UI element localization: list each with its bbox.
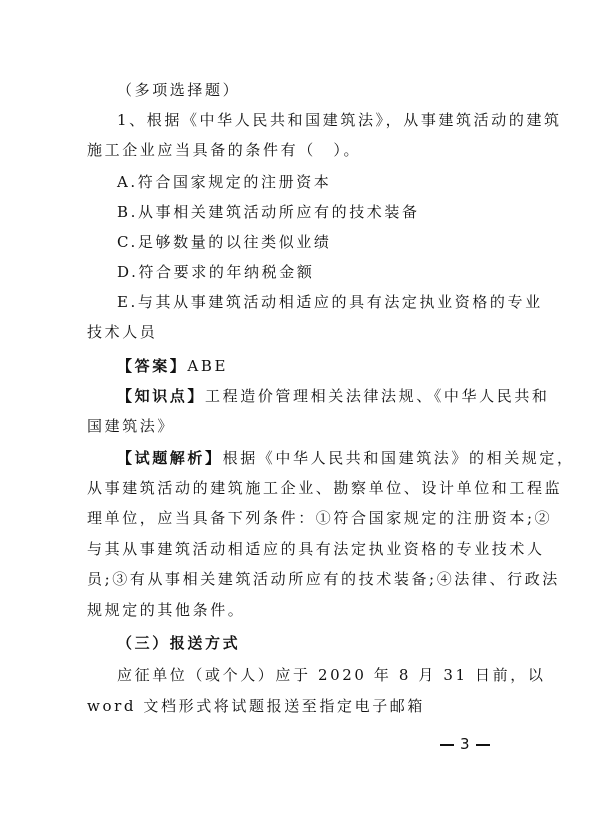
analysis-line2: 从事建筑活动的建筑施工企业、勘察单位、设计单位和工程监 <box>87 478 507 498</box>
analysis-line6: 规规定的其他条件。 <box>87 600 507 620</box>
option-c: C.足够数量的以往类似业绩 <box>117 232 537 252</box>
option-e-line2: 技术人员 <box>87 322 507 342</box>
analysis-line1: 【试题解析】根据《中华人民共和国建筑法》的相关规定， <box>117 448 537 468</box>
option-a: A.符合国家规定的注册资本 <box>117 172 537 192</box>
knowledge-point-line2: 国建筑法》 <box>87 416 507 436</box>
knowledge-point-line1: 【知识点】工程造价管理相关法律法规、《中华人民共和 <box>117 386 537 406</box>
analysis-line3: 理单位，应当具备下列条件：①符合国家规定的注册资本;② <box>87 508 507 528</box>
answer-value: ABE <box>187 357 228 375</box>
dash-left <box>440 744 454 746</box>
submission-line1: 应征单位（或个人）应于 2020 年 8 月 31 日前，以 <box>117 665 537 685</box>
option-d: D.符合要求的年纳税金额 <box>117 262 537 282</box>
analysis-line4: 与其从事建筑活动相适应的具有法定执业资格的专业技术人 <box>87 539 507 559</box>
question-text-line2: 施工企业应当具备的条件有（ ）。 <box>87 140 507 160</box>
submission-line2: word 文档形式将试题报送至指定电子邮箱 <box>87 696 507 716</box>
option-b: B.从事相关建筑活动所应有的技术装备 <box>117 202 537 222</box>
document-page: （多项选择题） 1、根据《中华人民共和国建筑法》，从事建筑活动的建筑 施工企业应… <box>0 0 590 835</box>
analysis-line5: 员;③有从事相关建筑活动所应有的技术装备;④法律、行政法 <box>87 569 507 589</box>
question-type-label: （多项选择题） <box>117 80 537 100</box>
page-number: 3 <box>434 734 496 754</box>
analysis-label: 【试题解析】 <box>117 449 223 467</box>
answer-label: 【答案】 <box>117 357 187 375</box>
question-text-line1: 1、根据《中华人民共和国建筑法》，从事建筑活动的建筑 <box>117 110 537 130</box>
knowledge-point-label: 【知识点】 <box>117 387 205 405</box>
section-heading: （三）报送方式 <box>117 633 537 653</box>
dash-right <box>476 744 490 746</box>
option-e-line1: E.与其从事建筑活动相适应的具有法定执业资格的专业 <box>117 292 537 312</box>
answer-line: 【答案】ABE <box>117 356 537 376</box>
knowledge-point-text: 工程造价管理相关法律法规、《中华人民共和 <box>205 387 550 405</box>
analysis-text: 根据《中华人民共和国建筑法》的相关规定， <box>223 449 575 467</box>
page-number-value: 3 <box>460 735 470 753</box>
